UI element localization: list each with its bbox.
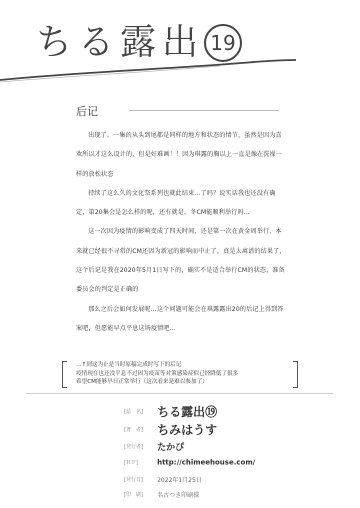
colophon-separator [26, 393, 333, 394]
homepage-link[interactable]: http://chimeehouse.com/ [157, 459, 255, 467]
colophon-value: 2022年1月25日 [157, 477, 202, 484]
colophon-row-homepage: [ＨＰ] http://chimeehouse.com/ [124, 452, 255, 469]
paragraph: 出现了。一集的从头到尾都是同样的地方和状态的情节，虽然是因为喜欢所以才这么设计的… [76, 126, 286, 184]
paragraph: 那么之后会如何发展呢…这个问题可能会在琪露露出20的后记上得到答案吧，但愿能早点… [76, 300, 286, 339]
afterword-body: 出现了。一集的从头到尾都是同样的地方和状态的情节，虽然是因为喜欢所以才这么设计的… [76, 126, 286, 338]
colophon-value: ちる露出⑲ [157, 405, 217, 419]
brush-stroke-divider [0, 58, 300, 84]
colophon: [誌 名] ちる露出⑲ [著 者] ちみはうす [発行者] たかぴ [ＨＰ] h… [124, 401, 255, 498]
colophon-row-title: [誌 名] ちる露出⑲ [124, 401, 255, 419]
colophon-label: [誌 名] [124, 408, 152, 415]
colophon-label: [発行日] [124, 476, 152, 483]
colophon-row-publisher: [発行者] たかぴ [124, 436, 255, 452]
bracket-right [293, 361, 298, 388]
colophon-row-printer: [印 刷] 名古つき印刷様 [124, 484, 255, 498]
section-heading: 后记 [76, 103, 98, 119]
colophon-label: [発行者] [124, 443, 152, 450]
title-text: ちる露出 [36, 22, 204, 63]
colophon-value: 名古つき印刷様 [157, 492, 199, 499]
colophon-value: ちみはうす [157, 423, 217, 437]
colophon-label: [著 者] [124, 426, 152, 433]
note-line: 希望CM能够早日正常举行（这次看来是难以参加了） [76, 378, 238, 387]
paragraph: 持续了这么久的文化祭系列也就此结束…了吗？说实话我也还没有确定，第20集会是怎么… [76, 184, 286, 223]
note-line: …↑到这为止是当时原稿完成时写下的后记 [76, 361, 238, 370]
paragraph: 这一次因为疫情的影响变成了四天时间，还是第一次在黄金周举行，本来就已经很不寻常的… [76, 222, 286, 299]
postscript-note: …↑到这为止是当时原稿完成时写下的后记 疫情现在也还没平息不过因为疫苗等对策感染… [62, 360, 298, 388]
note-line: 疫情现在也还没平息不过因为疫苗等对策感染症似已经降低了很多 [76, 370, 238, 379]
bracket-left [62, 361, 67, 388]
colophon-label: [印 刷] [124, 491, 152, 498]
colophon-row-author: [著 者] ちみはうす [124, 419, 255, 436]
colophon-label: [ＨＰ] [124, 459, 152, 466]
book-title: ちる露出19 [36, 24, 242, 62]
colophon-row-date: [発行日] 2022年1月25日 [124, 469, 255, 484]
volume-number: 19 [204, 24, 242, 62]
heading-rule [129, 110, 279, 111]
